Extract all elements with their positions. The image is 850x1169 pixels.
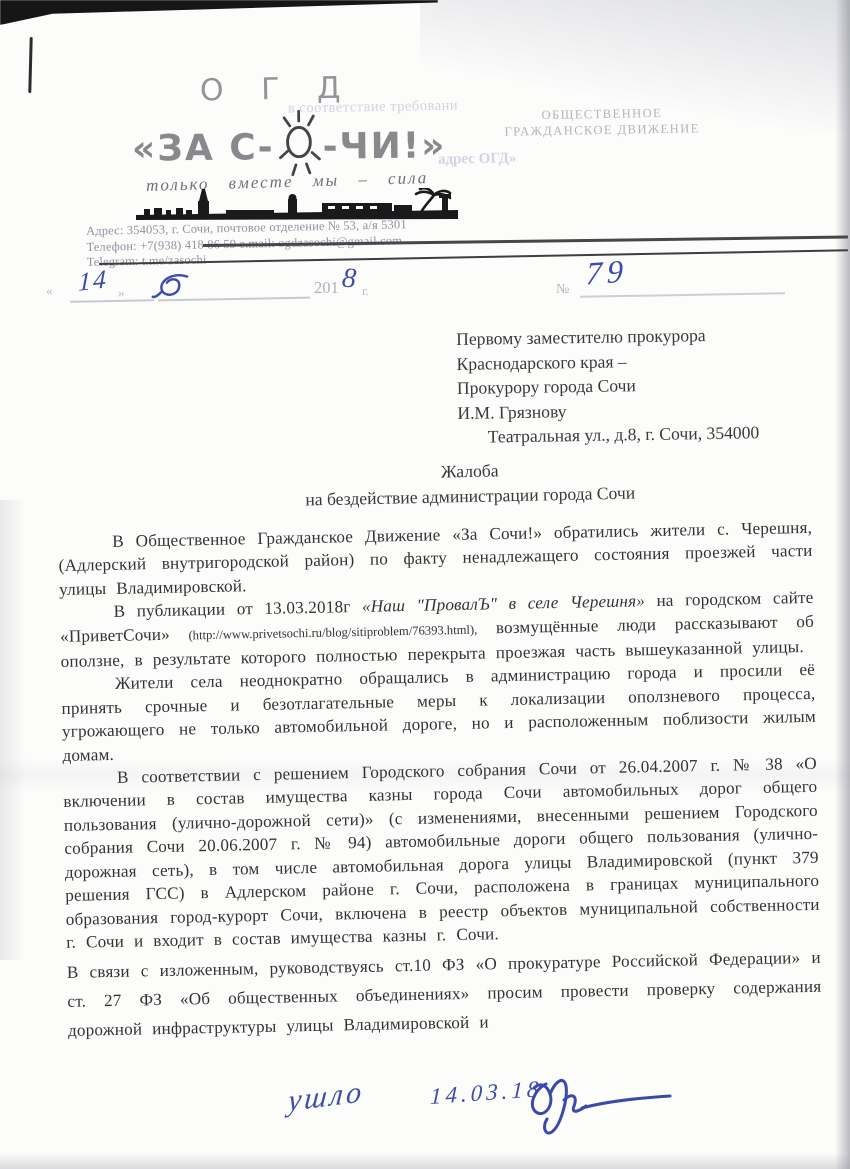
- bleed-through-text: в соответствие требовани: [288, 98, 458, 118]
- body-paragraph: В связи с изложенным, руководствуясь ст.…: [67, 943, 823, 1045]
- body-paragraph: Жители села неоднократно обращались в ад…: [61, 658, 817, 767]
- paragraph-text: В связи с изложенным, руководствуясь ст.…: [67, 948, 822, 1040]
- paragraph-text: В публикации от 13.03.2018г: [113, 597, 362, 621]
- org-type-line2: ГРАЖДАНСКОЕ ДВИЖЕНИЕ: [468, 120, 736, 141]
- addressee-address-line: Театральная ул., д.8, г. Сочи, 354000: [488, 421, 760, 450]
- scan-shadow-bottom-edge: [0, 1153, 850, 1169]
- scan-shadow-right-edge: [835, 0, 850, 1169]
- org-type-caption: ОБЩЕСТВЕННОЕ ГРАЖДАНСКОЕ ДВИЖЕНИЕ: [468, 104, 737, 141]
- bleed-through-text: адрес ОГД»: [438, 150, 517, 168]
- paragraph-text: «Наш "ПровалЪ" в селе Черешня»: [362, 591, 645, 616]
- date-open-quote: «: [46, 283, 53, 299]
- handwritten-day: 14: [78, 264, 108, 298]
- date-close-quote: »: [118, 285, 125, 301]
- paragraph-text: (http://www.privetsochi.ru/blog/sitiprob…: [188, 622, 477, 642]
- addressee-block: Первому заместителю прокурора Краснодарс…: [456, 322, 759, 450]
- pen-mark: [28, 37, 32, 93]
- logo-text-left: «ЗА С-: [132, 127, 275, 169]
- paragraph-text: Жители села неоднократно обращались в ад…: [61, 660, 816, 764]
- paragraph-text: В Общественное Гражданское Движение «За …: [59, 518, 813, 599]
- handwritten-outgoing-number: 79: [585, 252, 628, 292]
- date-underline: [70, 299, 154, 302]
- number-sign-label: №: [556, 282, 569, 298]
- printed-year: 201: [314, 278, 339, 298]
- body-paragraph: В соответствии с решением Городского соб…: [63, 752, 821, 954]
- letter-title: Жалоба на бездействие администрации горо…: [230, 454, 711, 514]
- handwritten-sent-note: ушло: [287, 1075, 366, 1119]
- logo-text-right: -ЧИ!»: [322, 125, 446, 167]
- year-suffix: г.: [362, 284, 369, 299]
- signature-scribble: [516, 1068, 676, 1145]
- scanned-letter-page: О Г Д «ЗА С- -ЧИ!» только вместе мы – си…: [0, 0, 850, 1169]
- handwritten-month-mark: [149, 271, 195, 309]
- scan-artifact-wedge: [0, 0, 438, 25]
- scan-smudge-left: [0, 500, 26, 960]
- paragraph-text: В соответствии с решением Городского соб…: [63, 754, 820, 952]
- number-underline: [580, 292, 785, 297]
- letter-body: В Общественное Гражданское Движение «За …: [58, 516, 822, 1045]
- handwritten-year-digit: 8: [341, 262, 358, 295]
